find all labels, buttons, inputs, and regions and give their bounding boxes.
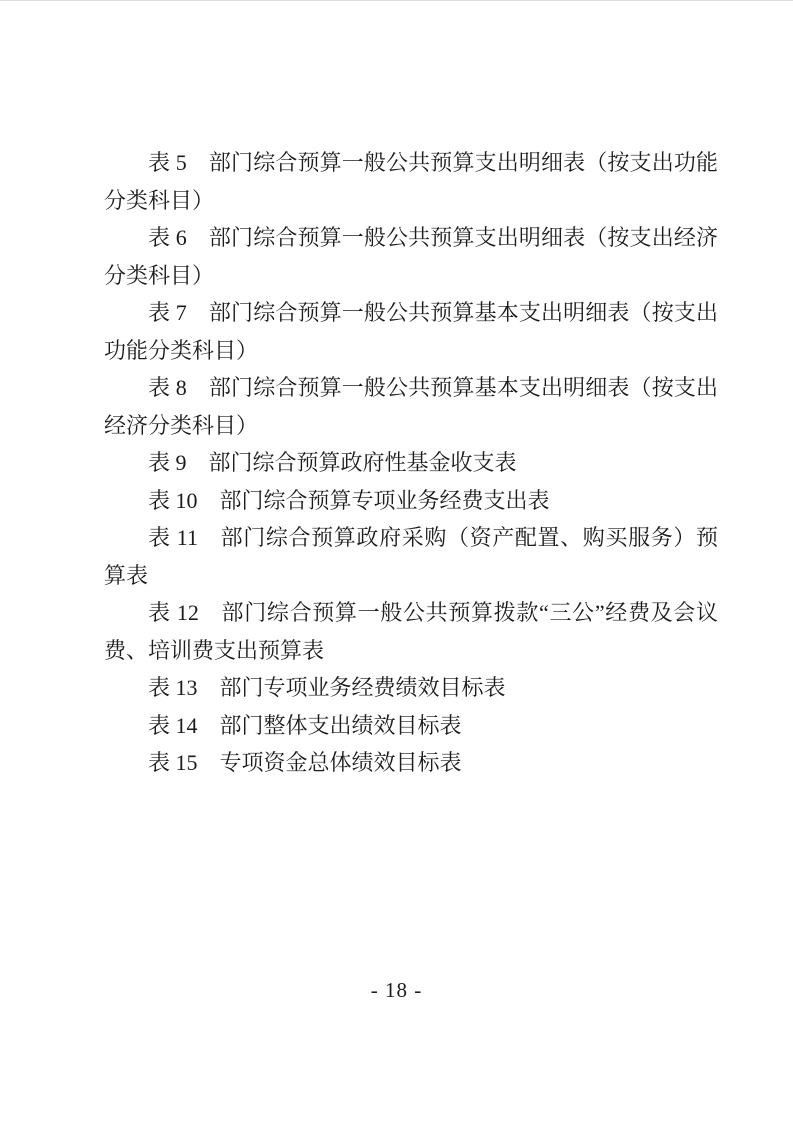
toc-item-title: 专项资金总体绩效目标表: [220, 750, 462, 775]
toc-item: 表 14部门整体支出绩效目标表: [104, 707, 718, 745]
toc-item-title: 部门专项业务经费绩效目标表: [220, 675, 506, 700]
toc-item: 表 15专项资金总体绩效目标表: [104, 744, 718, 782]
toc-item: 表 13部门专项业务经费绩效目标表: [104, 669, 718, 707]
page-number: - 18 -: [0, 978, 793, 1003]
toc-item: 表 8部门综合预算一般公共预算基本支出明细表（按支出经济分类科目）: [104, 369, 718, 444]
toc-item-title: 部门综合预算一般公共预算支出明细表（按支出经济分类科目）: [104, 225, 718, 288]
toc-item-title: 部门综合预算政府性基金收支表: [209, 450, 517, 475]
toc-item-label: 表 8: [148, 375, 187, 400]
toc-item-title: 部门整体支出绩效目标表: [220, 713, 462, 738]
table-of-contents: 表 5部门综合预算一般公共预算支出明细表（按支出功能分类科目） 表 6部门综合预…: [104, 144, 718, 782]
toc-item: 表 9部门综合预算政府性基金收支表: [104, 444, 718, 482]
toc-item: 表 11部门综合预算政府采购（资产配置、购买服务）预算表: [104, 519, 718, 594]
toc-item-title: 部门综合预算一般公共预算支出明细表（按支出功能分类科目）: [104, 150, 718, 213]
document-page: 表 5部门综合预算一般公共预算支出明细表（按支出功能分类科目） 表 6部门综合预…: [0, 1, 793, 1123]
toc-item-label: 表 13: [148, 675, 198, 700]
toc-item-label: 表 15: [148, 750, 198, 775]
toc-item-label: 表 6: [148, 225, 187, 250]
toc-item-title: 部门综合预算一般公共预算基本支出明细表（按支出功能分类科目）: [104, 300, 718, 363]
toc-item: 表 5部门综合预算一般公共预算支出明细表（按支出功能分类科目）: [104, 144, 718, 219]
toc-item: 表 6部门综合预算一般公共预算支出明细表（按支出经济分类科目）: [104, 219, 718, 294]
toc-item-label: 表 5: [148, 150, 187, 175]
toc-item-label: 表 12: [148, 600, 199, 625]
toc-item: 表 7部门综合预算一般公共预算基本支出明细表（按支出功能分类科目）: [104, 294, 718, 369]
toc-item: 表 12部门综合预算一般公共预算拨款“三公”经费及会议费、培训费支出预算表: [104, 594, 718, 669]
toc-item-label: 表 14: [148, 713, 198, 738]
toc-item-title: 部门综合预算专项业务经费支出表: [220, 488, 550, 513]
toc-item-label: 表 11: [148, 525, 198, 550]
toc-item-label: 表 10: [148, 488, 198, 513]
toc-item-label: 表 9: [148, 450, 187, 475]
toc-item-title: 部门综合预算一般公共预算基本支出明细表（按支出经济分类科目）: [104, 375, 718, 438]
toc-item: 表 10部门综合预算专项业务经费支出表: [104, 482, 718, 520]
toc-item-label: 表 7: [148, 300, 187, 325]
